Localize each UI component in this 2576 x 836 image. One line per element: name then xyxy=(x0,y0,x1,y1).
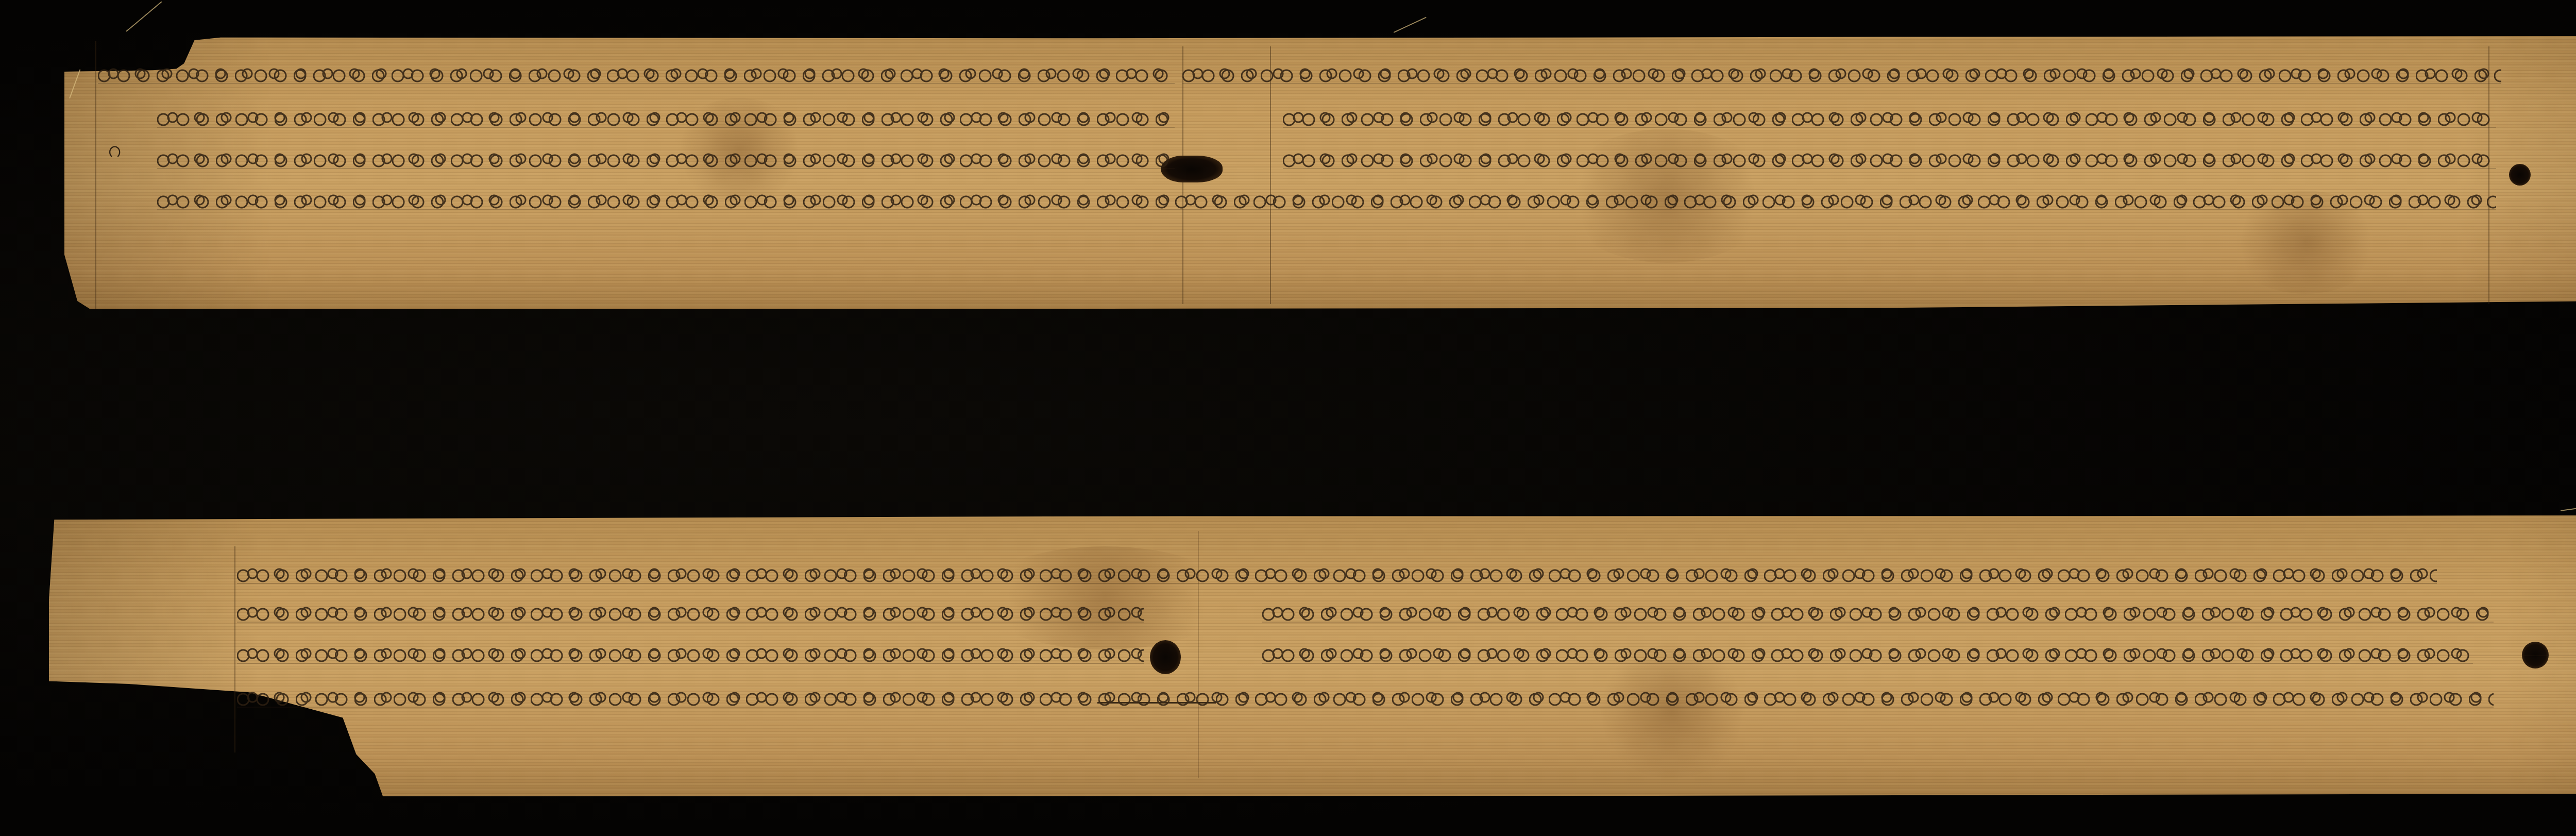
text-line: ... ပြတ္တိ ... သမ္မာ ... xyxy=(1182,59,2501,90)
margin-ruling xyxy=(95,41,96,309)
fibre xyxy=(126,1,162,31)
text-line: ဝိရိယိဿ ပြဉ္စာ ... ဂဇ္ဇ ... xyxy=(157,103,1175,134)
text-line: ပစ္ဆာဇာတ ... အာသေဝန ... xyxy=(1262,639,2473,670)
text-line: ဝိဇ္ဇာ ... ဗုဒ္ဓ ... ဓမ္မ ... xyxy=(157,186,2496,216)
text-line: ဟေတုပစ္စယော ... အာရမ္မဏ ... xyxy=(237,598,1144,629)
text-line: ရူပ ... ဝေဒနာ ... သညာ ... xyxy=(1283,144,2496,175)
string-hole-center xyxy=(1150,640,1181,674)
fibre xyxy=(2561,499,2576,511)
fibre xyxy=(1394,17,1427,33)
text-line: ဥပနိဿယ ... ပုရေဇာတ ... xyxy=(1262,598,2494,629)
lower-palm-leaf: ပဋ္ဌာနံ ... ပစ္စယော ... ဟေတုပစ္စယော ... … xyxy=(49,515,2576,796)
text-line: ဝိတက္က ... ဓာတု ... ဝိညာဏ ... xyxy=(1283,103,2496,134)
manuscript-photo: ဂ ဦပဂ္ဂနိတ္တဿုံ ပိက္ကမ္မံ တိဏ္ဏံ ... ဝိရ… xyxy=(0,0,2576,836)
text-line: ဣန္ဒြိယိ ... ကမ္မဋ္ဌာနံ ... xyxy=(157,144,1175,175)
margin-ruling xyxy=(234,546,235,753)
margin-mark: ဂ xyxy=(108,134,122,169)
string-hole-right xyxy=(2509,164,2531,186)
text-line: သမနန္တရ ... သဟဇာတ ... —— xyxy=(237,683,2494,714)
text-line: ပဋ္ဌာနံ ... ပစ္စယော ... xyxy=(237,559,2437,590)
text-line: အဓိပတိ ... အနန္တရ ... xyxy=(237,639,1144,670)
text-line: ဦပဂ္ဂနိတ္တဿုံ ပိက္ကမ္မံ တိဏ္ဏံ ... xyxy=(98,59,1175,90)
long-dash-stroke xyxy=(1097,702,1216,704)
upper-palm-leaf: ဂ ဦပဂ္ဂနိတ္တဿုံ ပိက္ကမ္မံ တိဏ္ဏံ ... ဝိရ… xyxy=(64,36,2576,309)
string-hole-right xyxy=(2522,642,2549,668)
